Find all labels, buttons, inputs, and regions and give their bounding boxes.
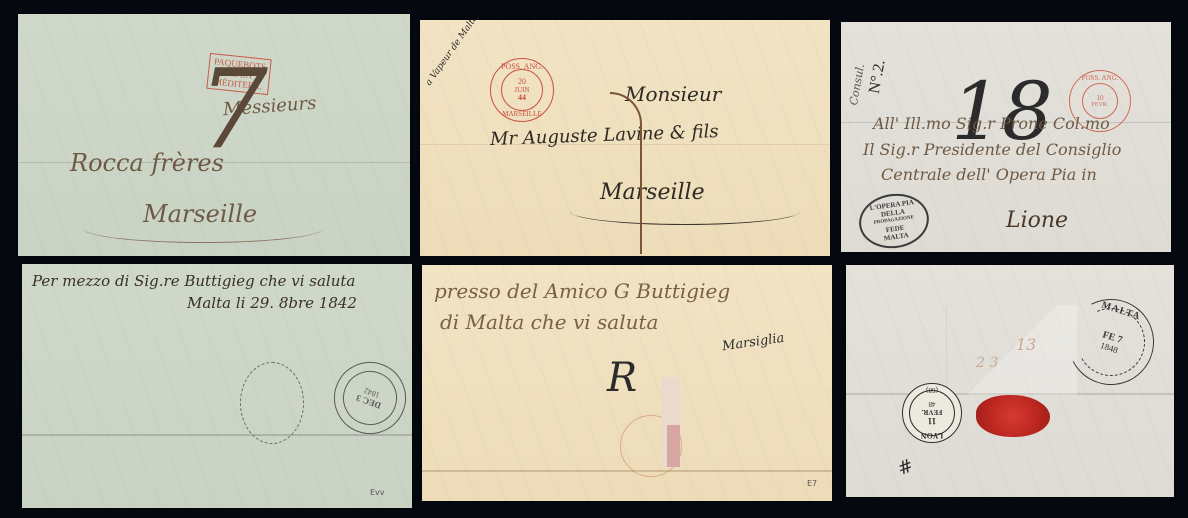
seal-tab-red [667, 425, 680, 467]
docket-line-2: Malta li 29. 8bre 1842 [187, 294, 357, 312]
poss-ang-datestamp: POSS. ANG. 20 JUIN 44 MARSEILLE [490, 58, 554, 122]
city-flourish [83, 214, 323, 243]
address-city: Lione [1006, 208, 1068, 233]
monogram: R [607, 355, 637, 401]
docket-line-1: Per mezzo di Sig.re Buttigieg che vi sal… [32, 272, 355, 290]
cover-top-left: PAQUEBOTS DE LA MÉDITERR. Messieurs Rocc… [18, 14, 410, 256]
docket-line-2: di Malta che vi saluta [440, 310, 658, 334]
manuscript-mark-2: 2 3 [976, 355, 998, 371]
pencil-note: E7 [807, 479, 817, 488]
lyon-backstamp: LYON 11 FEVR. 48 (68) [902, 383, 962, 443]
faint-backstamp [240, 362, 304, 444]
city-flourish [570, 198, 800, 225]
addressee-monsieur: Monsieur [625, 82, 721, 106]
cover-bottom-center: presso del Amico G Buttigieg di Malta ch… [422, 265, 832, 501]
fold-line [22, 434, 412, 436]
fold-line [422, 470, 832, 472]
rate-mark: 7 [198, 54, 268, 164]
cover-top-center: a Vapeur de Malta POSS. ANG. 20 JUIN 44 … [420, 20, 830, 256]
cover-bottom-right: 13 2 3 MALTA FE 7 1848 LYON 11 FEVR. 48 … [846, 265, 1174, 497]
rate-mark-stroke [610, 92, 642, 254]
cover-bottom-left: Per mezzo di Sig.re Buttigieg che vi sal… [22, 264, 412, 508]
docket-line-1: presso del Amico G Buttigieg [434, 279, 730, 303]
cover-top-right: Consul. N°.2. 18 POSS. ANG. 10 FEVR. All… [841, 22, 1171, 252]
manuscript-mark-1: 13 [1016, 335, 1036, 354]
pencil-note: Evv [370, 488, 385, 497]
address-line-1: All' Ill.mo Sig.r Prone Col.mo [873, 114, 1110, 133]
address-line-2: Il Sig.r Presidente del Consiglio [863, 140, 1121, 159]
envelope-flap [946, 305, 1077, 395]
red-wax-seal [976, 395, 1050, 437]
address-line-3: Centrale dell' Opera Pia in [881, 165, 1097, 184]
